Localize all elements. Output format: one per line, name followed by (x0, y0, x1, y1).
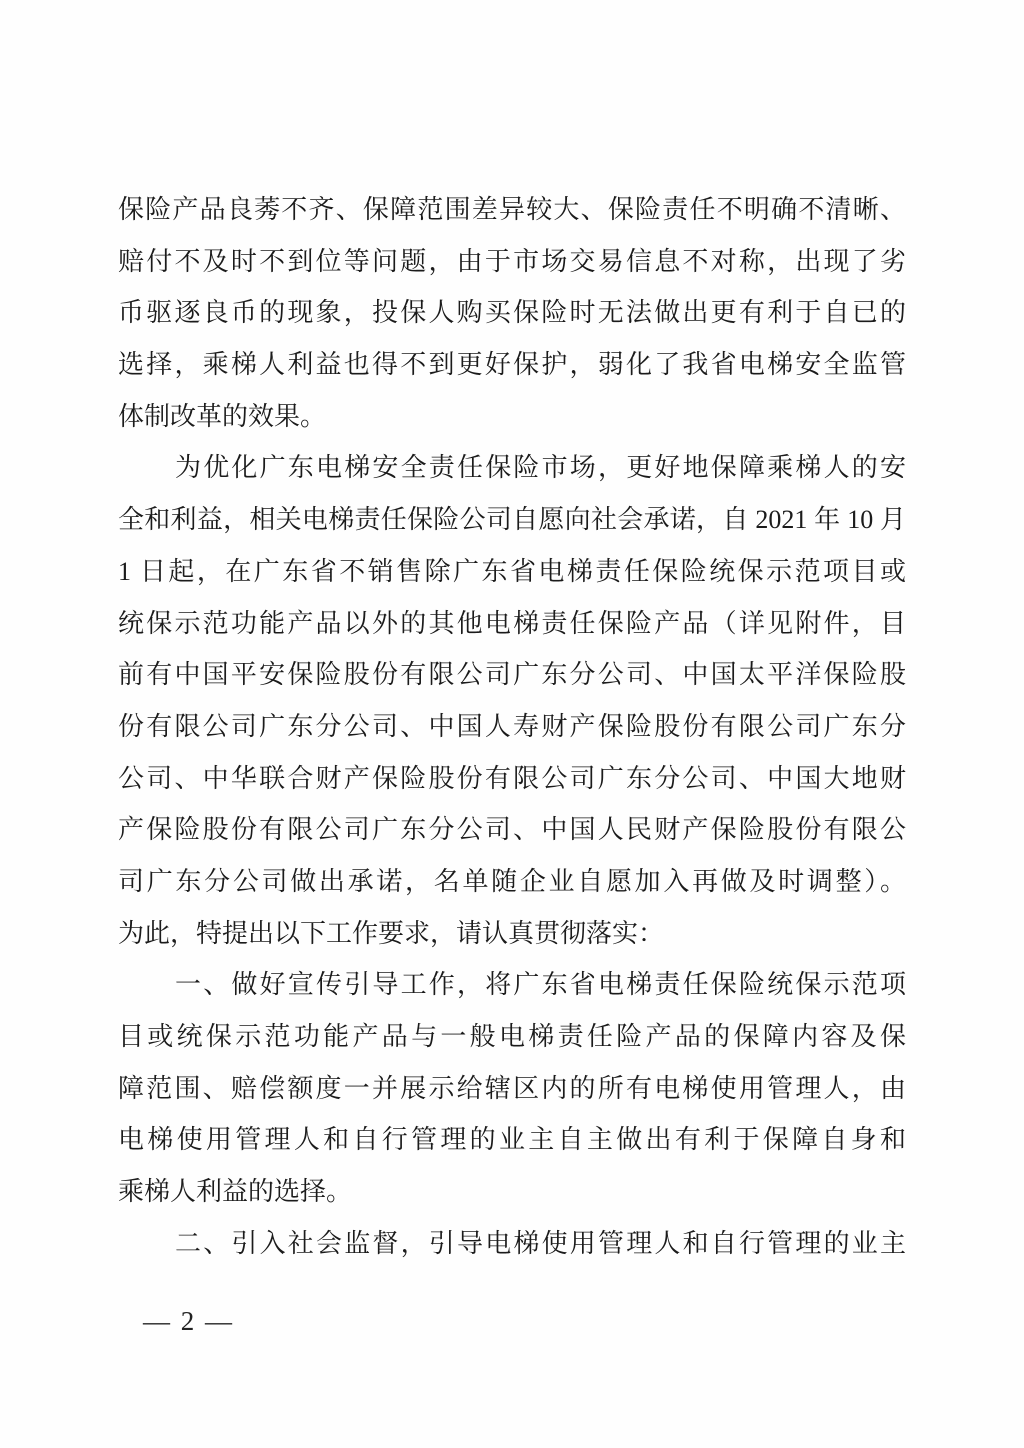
document-page: 保险产品良莠不齐、保障范围差异较大、保险责任不明确不清晰、 赔付不及时不到位等问… (0, 0, 1024, 1448)
document-line: 电梯使用管理人和自行管理的业主自主做出有利于保障自身和 (118, 1114, 906, 1166)
document-line: 赔付不及时不到位等问题，由于市场交易信息不对称，出现了劣 (118, 236, 906, 288)
document-line: 公司、中华联合财产保险股份有限公司广东分公司、中国大地财 (118, 753, 906, 805)
document-line: 目或统保示范功能产品与一般电梯责任险产品的保障内容及保 (118, 1011, 906, 1063)
document-line: 币驱逐良币的现象，投保人购买保险时无法做出更有利于自已的 (118, 287, 906, 339)
document-line: 乘梯人利益的选择。 (118, 1166, 906, 1218)
document-line: 选择，乘梯人利益也得不到更好保护，弱化了我省电梯安全监管 (118, 339, 906, 391)
document-line: 司广东分公司做出承诺，名单随企业自愿加入再做及时调整）。 (118, 856, 906, 908)
document-line: 二、引入社会监督，引导电梯使用管理人和自行管理的业主 (118, 1218, 906, 1270)
document-line: 保险产品良莠不齐、保障范围差异较大、保险责任不明确不清晰、 (118, 184, 906, 236)
document-line: 产保险股份有限公司广东分公司、中国人民财产保险股份有限公 (118, 804, 906, 856)
document-line: 统保示范功能产品以外的其他电梯责任保险产品（详见附件，目 (118, 598, 906, 650)
document-line: 障范围、赔偿额度一并展示给辖区内的所有电梯使用管理人，由 (118, 1063, 906, 1115)
document-line: 体制改革的效果。 (118, 391, 906, 443)
text-block: 保险产品良莠不齐、保障范围差异较大、保险责任不明确不清晰、 赔付不及时不到位等问… (118, 184, 906, 1269)
document-line: 1 日起，在广东省不销售除广东省电梯责任保险统保示范项目或 (118, 546, 906, 598)
document-line: 前有中国平安保险股份有限公司广东分公司、中国太平洋保险股 (118, 649, 906, 701)
document-line: 为优化广东电梯安全责任保险市场，更好地保障乘梯人的安 (118, 442, 906, 494)
page-number: — 2 — (143, 1305, 234, 1337)
document-line: 为此，特提出以下工作要求，请认真贯彻落实： (118, 908, 906, 960)
document-line: 份有限公司广东分公司、中国人寿财产保险股份有限公司广东分 (118, 701, 906, 753)
document-line: 一、做好宣传引导工作，将广东省电梯责任保险统保示范项 (118, 959, 906, 1011)
document-line: 全和利益，相关电梯责任保险公司自愿向社会承诺，自 2021 年 10 月 (118, 494, 906, 546)
